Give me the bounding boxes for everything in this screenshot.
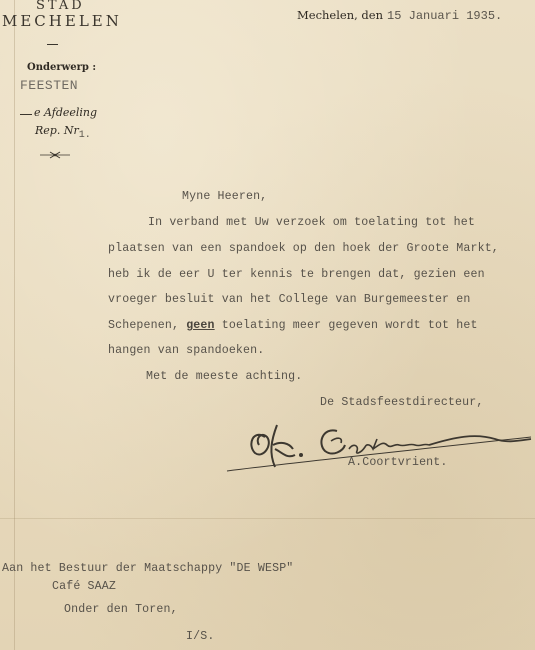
- body-line-1: In verband met Uw verzoek om toelating t…: [148, 216, 475, 229]
- department-blank: [20, 114, 32, 115]
- dateline-place: Mechelen, den: [297, 8, 383, 22]
- recipient-line-2: Café SAAZ: [52, 580, 116, 593]
- emphasized-word: geen: [186, 319, 214, 332]
- dateline-date: 15 Januari 1935.: [387, 9, 502, 23]
- body-line-4: vroeger besluit van het College van Burg…: [108, 293, 470, 306]
- ornament-flourish-icon: [40, 150, 70, 160]
- rep-number: 1.: [79, 130, 91, 141]
- body-line-5: Schepenen, geen toelating meer gegeven w…: [108, 319, 478, 332]
- signatory-title: De Stadsfeestdirecteur,: [320, 396, 483, 409]
- paper-fold-horizontal: [0, 518, 535, 519]
- closing: Met de meeste achting.: [146, 370, 302, 383]
- dateline: Mechelen, den15 Januari 1935.: [297, 8, 502, 23]
- body-line-5-end: toelating meer gegeven wordt tot het: [215, 319, 478, 332]
- signatory-name: A.Coortvrient.: [348, 456, 448, 469]
- rep-number-field: Rep. Nr1.: [35, 124, 91, 141]
- body-line-3: heb ik de eer U ter kennis te brengen da…: [108, 268, 485, 281]
- recipient-line-3: Onder den Toren,: [64, 603, 178, 616]
- department-field: e Afdeeling: [20, 106, 97, 119]
- letterhead-city: MECHELEN: [2, 12, 122, 30]
- body-line-2: plaatsen van een spandoek op den hoek de…: [108, 242, 499, 255]
- recipient-line-1: Aan het Bestuur der Maatschappy "DE WESP…: [2, 562, 293, 575]
- letterhead-divider: [47, 44, 58, 45]
- paper-fold-vertical: [14, 0, 15, 650]
- department-label: e Afdeeling: [34, 106, 97, 119]
- rep-label: Rep. Nr: [35, 124, 79, 137]
- body-line-5-start: Schepenen,: [108, 319, 186, 332]
- reference-code: I/S.: [186, 630, 214, 643]
- subject-value: FEESTEN: [20, 78, 78, 93]
- body-line-6: hangen van spandoeken.: [108, 344, 264, 357]
- salutation: Myne Heeren,: [182, 190, 267, 203]
- subject-label: Onderwerp :: [27, 62, 96, 73]
